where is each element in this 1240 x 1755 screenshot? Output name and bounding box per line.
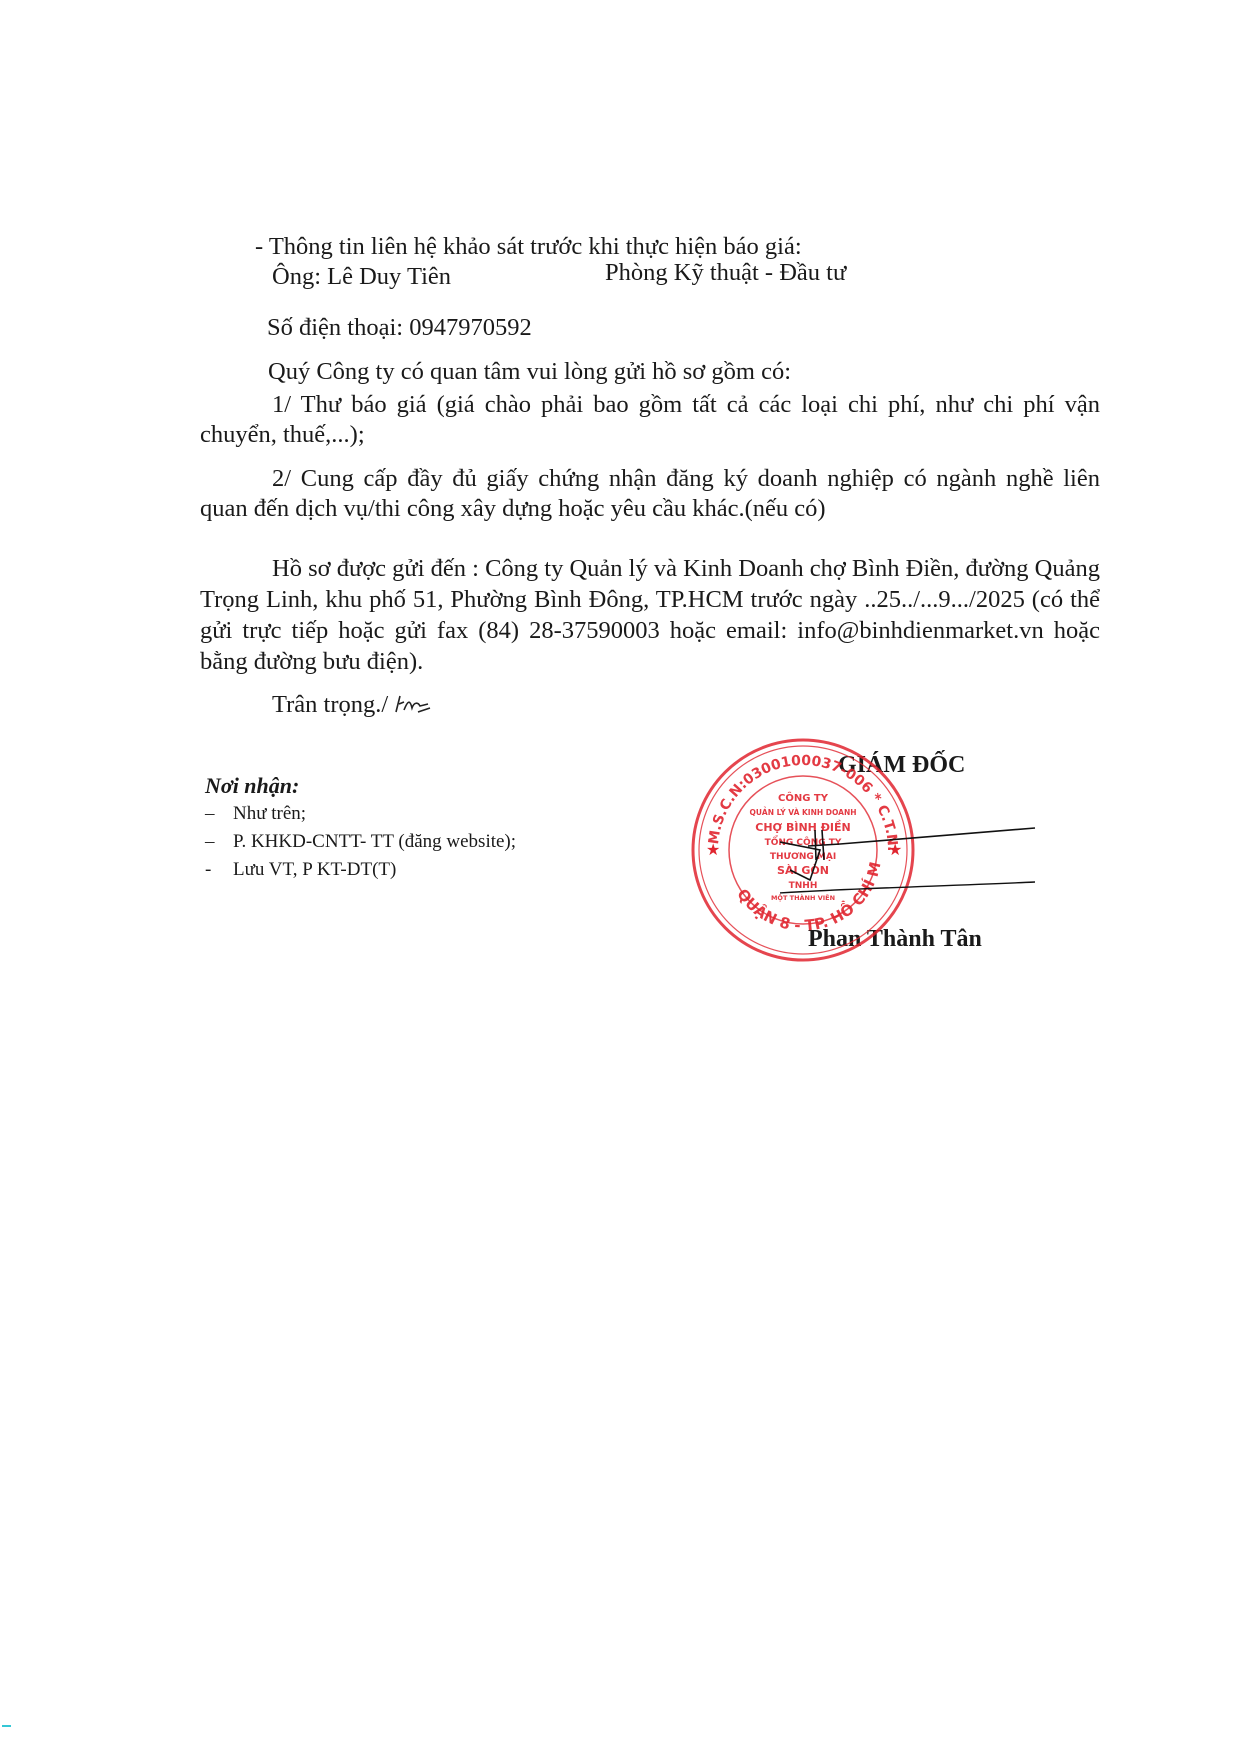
closing-text: Trân trọng./ [272, 691, 388, 718]
closing: Trân trọng./ [272, 690, 432, 720]
requirement-1: 1/ Thư báo giá (giá chào phải bao gồm tấ… [200, 390, 1100, 450]
bullet-dash-icon: – [205, 803, 233, 825]
bullet-dash-icon: – [205, 831, 233, 853]
contact-phone: Số điện thoại: 0947970592 [267, 313, 532, 343]
recipient-item: -Lưu VT, P KT-DT(T) [205, 859, 396, 881]
request-intro: Quý Công ty có quan tâm vui lòng gửi hồ … [268, 357, 791, 387]
svg-text:★: ★ [706, 842, 720, 859]
svg-text:CÔNG TY: CÔNG TY [778, 791, 829, 804]
submission-paragraph: Hồ sơ được gửi đến : Công ty Quản lý và … [200, 553, 1100, 677]
contact-department: Phòng Kỹ thuật - Đầu tư [605, 258, 846, 288]
bullet-dash-icon: - [205, 859, 233, 881]
scan-margin-mark [2, 1725, 11, 1727]
recipients-title: Nơi nhận: [205, 773, 299, 799]
recipient-item: –P. KHKD-CNTT- TT (đăng website); [205, 831, 516, 853]
recipient-item: –Như trên; [205, 803, 306, 825]
contact-person: Ông: Lê Duy Tiên [272, 262, 451, 292]
signature-icon [780, 820, 1040, 910]
initials-mark-icon [394, 692, 432, 716]
svg-text:QUẢN LÝ VÀ KINH DOANH: QUẢN LÝ VÀ KINH DOANH [749, 807, 856, 817]
requirement-2: 2/ Cung cấp đầy đủ giấy chứng nhận đăng … [200, 464, 1100, 524]
